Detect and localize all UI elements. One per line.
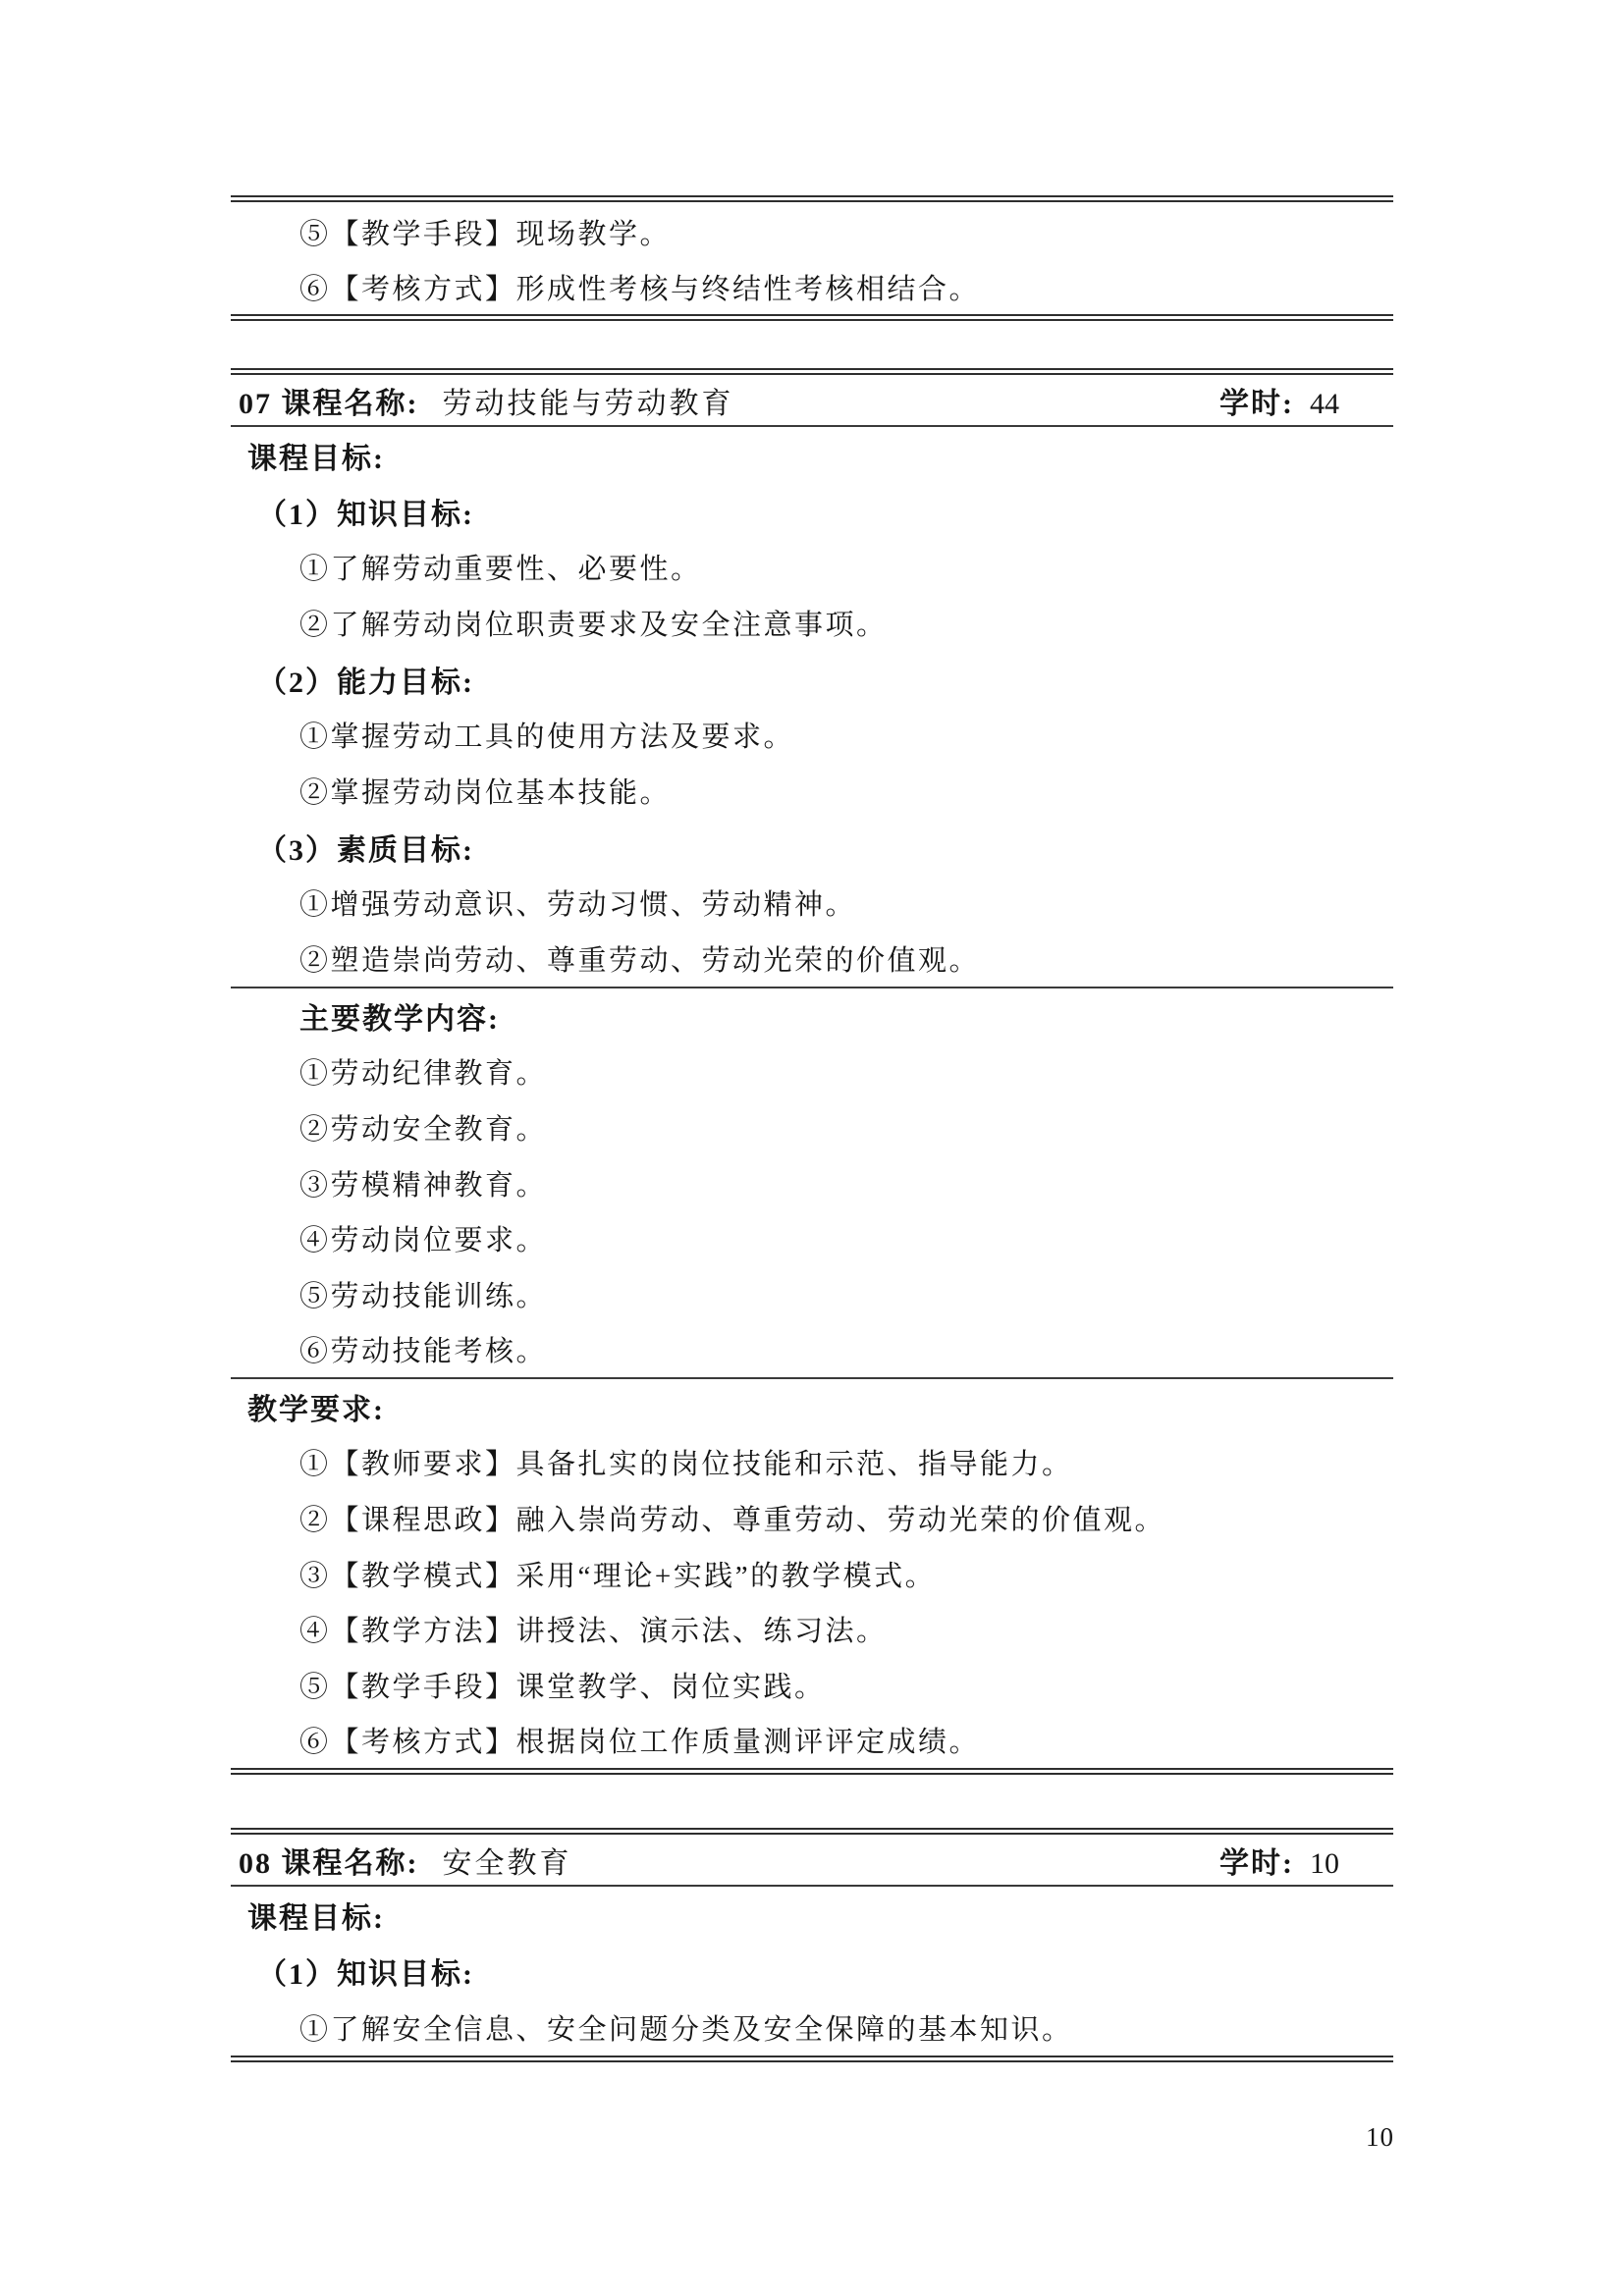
requirement-item: ③【教学模式】采用“理论+实践”的教学模式。 — [231, 1546, 1393, 1602]
table-bottom-border — [231, 1768, 1393, 1775]
objective-item: ②塑造崇尚劳动、尊重劳动、劳动光荣的价值观。 — [231, 931, 1393, 987]
teaching-content-title: 主要教学内容: — [231, 988, 1393, 1044]
hours-label: 学时: — [1219, 379, 1294, 422]
teaching-requirements-section: 教学要求: ①【教师要求】具备扎实的岗位技能和示范、指导能力。 ②【课程思政】融… — [231, 1379, 1393, 1768]
paragraph: ⑥【考核方式】形成性考核与终结性考核相结合。 — [231, 260, 1393, 315]
course-title-label: 08 课程名称: — [239, 1839, 419, 1882]
content-item: ④劳动岗位要求。 — [231, 1210, 1393, 1266]
table-top-border — [231, 195, 1393, 202]
paragraph: ⑤【教学手段】现场教学。 — [231, 205, 1393, 260]
content-item: ①劳动纪律教育。 — [231, 1044, 1393, 1100]
document-page: ⑤【教学手段】现场教学。 ⑥【考核方式】形成性考核与终结性考核相结合。 07 课… — [0, 0, 1624, 2296]
hours-value: 10 — [1310, 1847, 1339, 1881]
table-top-border — [231, 1828, 1393, 1835]
requirement-item: ①【教师要求】具备扎实的岗位技能和示范、指导能力。 — [231, 1435, 1393, 1491]
course-hours: 学时: 10 — [1219, 1839, 1339, 1882]
objective-subtitle: （1）知识目标: — [231, 1943, 1393, 1999]
objective-item: ②掌握劳动岗位基本技能。 — [231, 763, 1393, 819]
content-item: ②劳动安全教育。 — [231, 1099, 1393, 1155]
course-title: 07 课程名称: 劳动技能与劳动教育 — [231, 379, 734, 422]
objective-item: ②了解劳动岗位职责要求及安全注意事项。 — [231, 595, 1393, 651]
content-item: ⑥劳动技能考核。 — [231, 1321, 1393, 1377]
objectives-title: 课程目标: — [231, 427, 1393, 483]
objective-item: ①了解劳动重要性、必要性。 — [231, 539, 1393, 595]
hours-value: 44 — [1310, 388, 1339, 421]
teaching-content-section: 主要教学内容: ①劳动纪律教育。 ②劳动安全教育。 ③劳模精神教育。 ④劳动岗位… — [231, 988, 1393, 1377]
objective-subtitle: （3）素质目标: — [231, 819, 1393, 875]
objective-item: ①了解安全信息、安全问题分类及安全保障的基本知识。 — [231, 2000, 1393, 2056]
content-item: ③劳模精神教育。 — [231, 1155, 1393, 1211]
course-07-table: 07 课程名称: 劳动技能与劳动教育 学时: 44 课程目标: （1）知识目标:… — [231, 368, 1393, 1775]
course-06-tail-table: ⑤【教学手段】现场教学。 ⑥【考核方式】形成性考核与终结性考核相结合。 — [231, 195, 1393, 321]
course-name: 劳动技能与劳动教育 — [443, 379, 734, 422]
content-item: ⑤劳动技能训练。 — [231, 1266, 1393, 1322]
objective-item: ①掌握劳动工具的使用方法及要求。 — [231, 707, 1393, 763]
course-header-row: 08 课程名称: 安全教育 学时: 10 — [231, 1835, 1393, 1885]
table-bottom-border — [231, 314, 1393, 321]
objectives-section: 课程目标: （1）知识目标: ①了解劳动重要性、必要性。 ②了解劳动岗位职责要求… — [231, 427, 1393, 987]
objectives-title: 课程目标: — [231, 1887, 1393, 1943]
course-08-table: 08 课程名称: 安全教育 学时: 10 课程目标: （1）知识目标: ①了解安… — [231, 1828, 1393, 2062]
page-number: 10 — [1366, 2122, 1394, 2153]
requirement-item: ②【课程思政】融入崇尚劳动、尊重劳动、劳动光荣的价值观。 — [231, 1490, 1393, 1546]
hours-label: 学时: — [1219, 1839, 1294, 1882]
teaching-requirements-title: 教学要求: — [231, 1379, 1393, 1435]
course-header-row: 07 课程名称: 劳动技能与劳动教育 学时: 44 — [231, 375, 1393, 425]
course-hours: 学时: 44 — [1219, 379, 1339, 422]
course-06-tail-rows: ⑤【教学手段】现场教学。 ⑥【考核方式】形成性考核与终结性考核相结合。 — [231, 202, 1393, 314]
requirement-item: ④【教学方法】讲授法、演示法、练习法。 — [231, 1601, 1393, 1657]
course-title-label: 07 课程名称: — [239, 379, 419, 422]
objective-item: ①增强劳动意识、劳动习惯、劳动精神。 — [231, 875, 1393, 931]
course-name: 安全教育 — [443, 1839, 572, 1882]
requirement-item: ⑥【考核方式】根据岗位工作质量测评评定成绩。 — [231, 1712, 1393, 1768]
course-title: 08 课程名称: 安全教育 — [231, 1839, 572, 1882]
requirement-item: ⑤【教学手段】课堂教学、岗位实践。 — [231, 1657, 1393, 1713]
objectives-section: 课程目标: （1）知识目标: ①了解安全信息、安全问题分类及安全保障的基本知识。 — [231, 1887, 1393, 2056]
table-top-border — [231, 368, 1393, 375]
objective-subtitle: （2）能力目标: — [231, 651, 1393, 707]
table-bottom-border — [231, 2056, 1393, 2062]
objective-subtitle: （1）知识目标: — [231, 483, 1393, 539]
